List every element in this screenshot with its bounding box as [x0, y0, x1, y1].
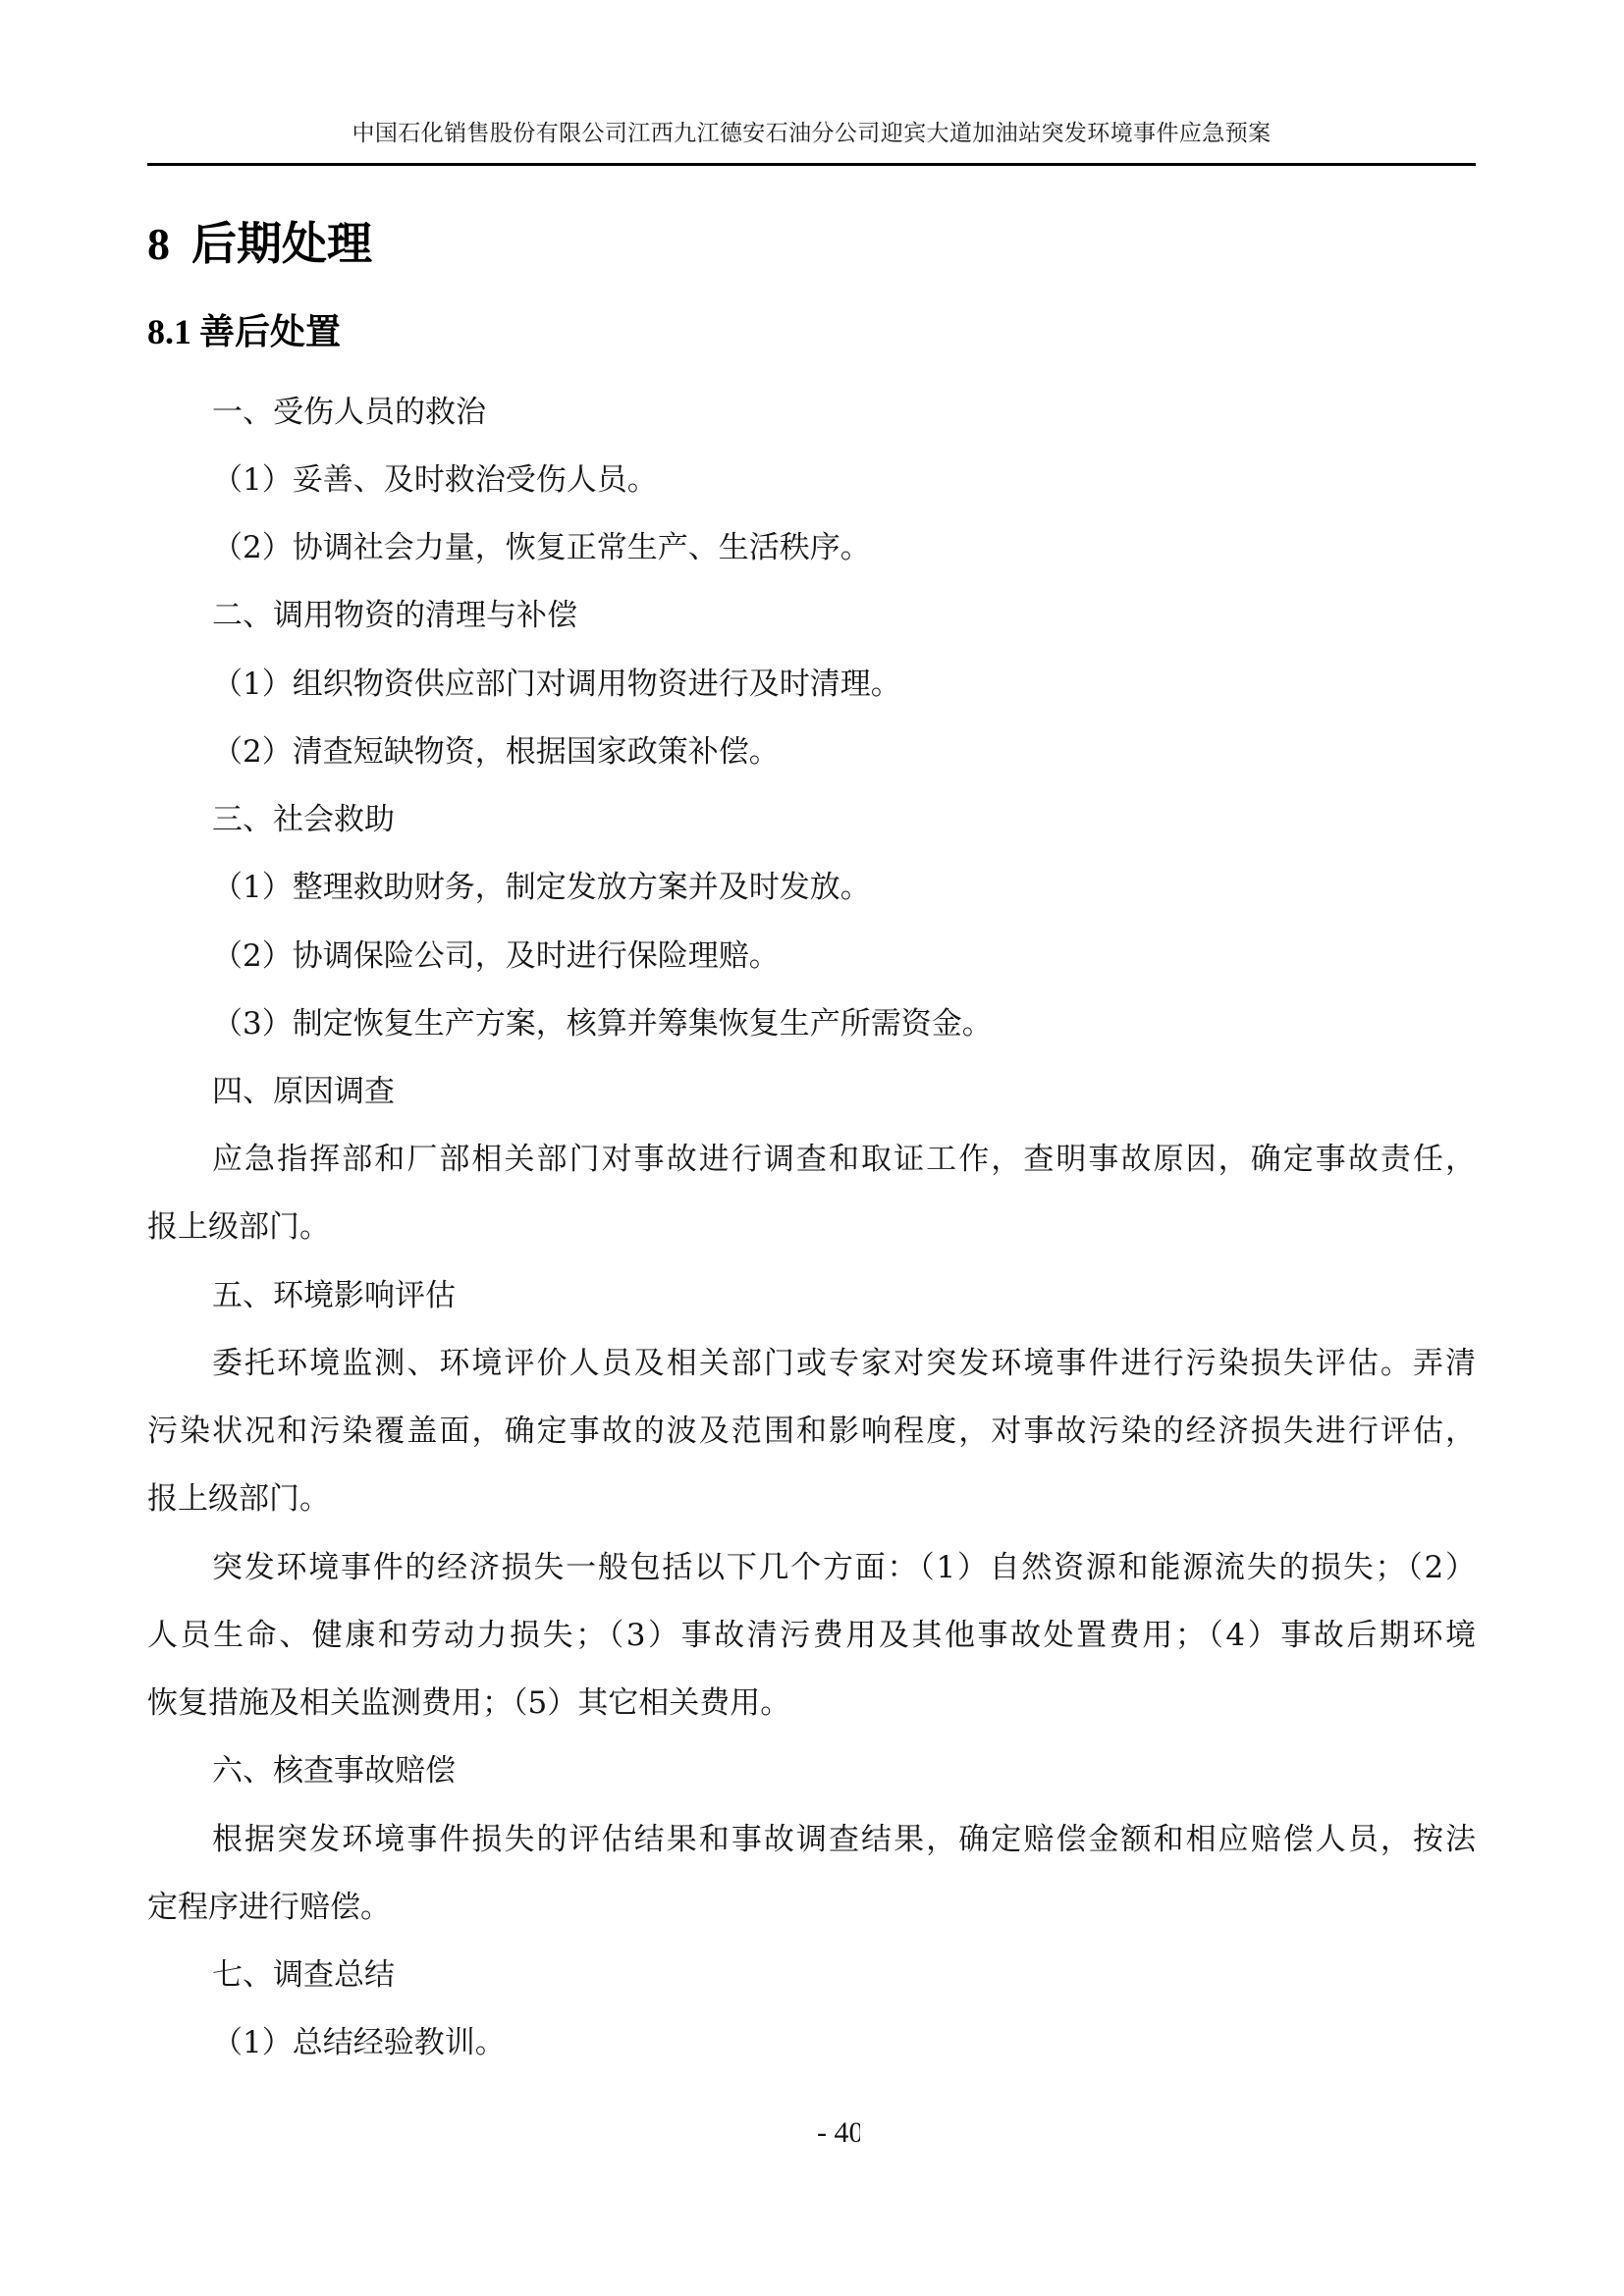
subheading-social-relief: 三、社会救助 — [212, 786, 395, 854]
section-title-text: 善后处置 — [199, 311, 341, 352]
document-page: 中国石化销售股份有限公司江西九江德安石油分公司迎宾大道加油站突发环境事件应急预案… — [0, 0, 1624, 2296]
subheading-injured-treatment: 一、受伤人员的救治 — [212, 379, 486, 447]
section-number: 8.1 — [147, 312, 191, 351]
chapter-number: 8 — [147, 219, 170, 269]
paragraph-line: 根据突发环境事件损失的评估结果和事故调查结果，确定赔偿金额和相应赔偿人员，按法 — [212, 1806, 1476, 1874]
subheading-cause-investigation: 四、原因调查 — [212, 1058, 395, 1126]
list-item: （1）整理救助财务，制定发放方案并及时发放。 — [212, 854, 871, 922]
page-number: - 40 — [817, 2115, 860, 2151]
chapter-title: 8后期处理 — [147, 214, 372, 273]
list-item: （3）制定恢复生产方案，核算并筹集恢复生产所需资金。 — [212, 990, 993, 1058]
header-rule — [147, 163, 1476, 166]
list-item: （1）组织物资供应部门对调用物资进行及时清理。 — [212, 651, 901, 719]
subheading-materials: 二、调用物资的清理与补偿 — [212, 582, 577, 650]
list-item: （2）清查短缺物资，根据国家政策补偿。 — [212, 719, 780, 786]
running-header: 中国石化销售股份有限公司江西九江德安石油分公司迎宾大道加油站突发环境事件应急预案 — [147, 114, 1476, 153]
subheading-investigation-summary: 七、调查总结 — [212, 1942, 395, 2009]
list-item: （2）协调保险公司，及时进行保险理赔。 — [212, 923, 780, 990]
list-item: （1）总结经验教训。 — [212, 2009, 506, 2077]
list-item: （2）协调社会力量，恢复正常生产、生活秩序。 — [212, 514, 871, 582]
section-title: 8.1善后处置 — [147, 308, 341, 355]
paragraph-line: 定程序进行赔偿。 — [147, 1874, 1476, 1942]
paragraph-line: 恢复措施及相关监测费用；（5）其它相关费用。 — [147, 1670, 1476, 1737]
paragraph-line: 报上级部门。 — [147, 1194, 1476, 1261]
subheading-environmental-assessment: 五、环境影响评估 — [212, 1262, 456, 1330]
chapter-title-text: 后期处理 — [191, 217, 372, 270]
paragraph-line: 突发环境事件的经济损失一般包括以下几个方面：（1）自然资源和能源流失的损失；（2… — [212, 1534, 1476, 1602]
paragraph-line: 人员生命、健康和劳动力损失；（3）事故清污费用及其他事故处置费用；（4）事故后期… — [147, 1602, 1476, 1670]
paragraph-line: 报上级部门。 — [147, 1466, 1476, 1533]
paragraph-line: 污染状况和污染覆盖面，确定事故的波及范围和影响程度，对事故污染的经济损失进行评估… — [147, 1398, 1476, 1466]
list-item: （1）妥善、及时救治受伤人员。 — [212, 447, 658, 514]
paragraph-line: 应急指挥部和厂部相关部门对事故进行调查和取证工作，查明事故原因，确定事故责任， — [212, 1126, 1476, 1194]
subheading-compensation: 六、核查事故赔偿 — [212, 1737, 456, 1805]
paragraph-line: 委托环境监测、环境评价人员及相关部门或专家对突发环境事件进行污染损失评估。弄清 — [212, 1330, 1476, 1398]
